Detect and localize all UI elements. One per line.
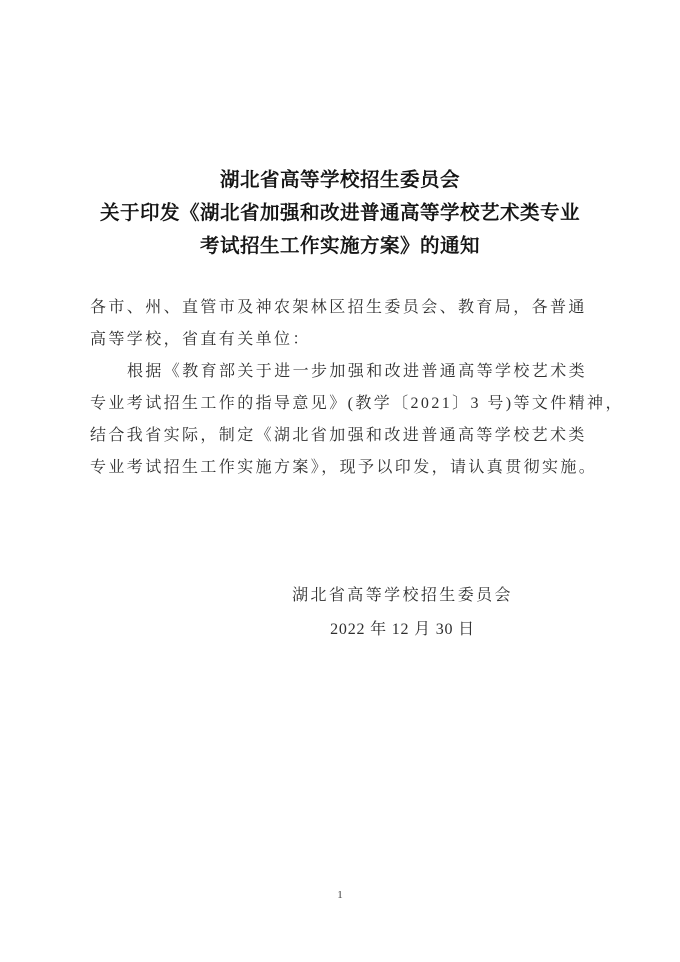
salutation-line-2: 高等学校，省直有关单位： xyxy=(90,324,592,356)
notice-title: 湖北省高等学校招生委员会 关于印发《湖北省加强和改进普通高等学校艺术类专业 考试… xyxy=(40,164,640,263)
notice-title-line-3: 考试招生工作实施方案》的通知 xyxy=(40,230,640,263)
signature-block: 湖北省高等学校招生委员会 2022 年 12 月 30 日 xyxy=(125,579,680,647)
paragraph-line-1: 根据《教育部关于进一步加强和改进普通高等学校艺术类 xyxy=(90,356,592,388)
issuer-name: 湖北省高等学校招生委员会 xyxy=(125,579,680,613)
issue-date: 2022 年 12 月 30 日 xyxy=(125,613,680,647)
paragraph-line-4: 专业考试招生工作实施方案》，现予以印发，请认真贯彻实施。 xyxy=(90,452,592,484)
page-footer: 1 xyxy=(0,888,680,902)
paragraph-line-3: 结合我省实际，制定《湖北省加强和改进普通高等学校艺术类 xyxy=(90,420,592,452)
document-page: 湖北省高等学校招生委员会 关于印发《湖北省加强和改进普通高等学校艺术类专业 考试… xyxy=(0,0,680,962)
notice-title-line-2: 关于印发《湖北省加强和改进普通高等学校艺术类专业 xyxy=(40,197,640,230)
notice-body: 各市、州、直管市及神农架林区招生委员会、教育局，各普通 高等学校，省直有关单位：… xyxy=(90,292,592,484)
salutation-line-1: 各市、州、直管市及神农架林区招生委员会、教育局，各普通 xyxy=(90,292,592,324)
paragraph-line-2: 专业考试招生工作的指导意见》(教学〔2021〕3 号)等文件精神， xyxy=(90,388,592,420)
page-number: 1 xyxy=(337,889,343,901)
notice-title-line-1: 湖北省高等学校招生委员会 xyxy=(40,164,640,197)
